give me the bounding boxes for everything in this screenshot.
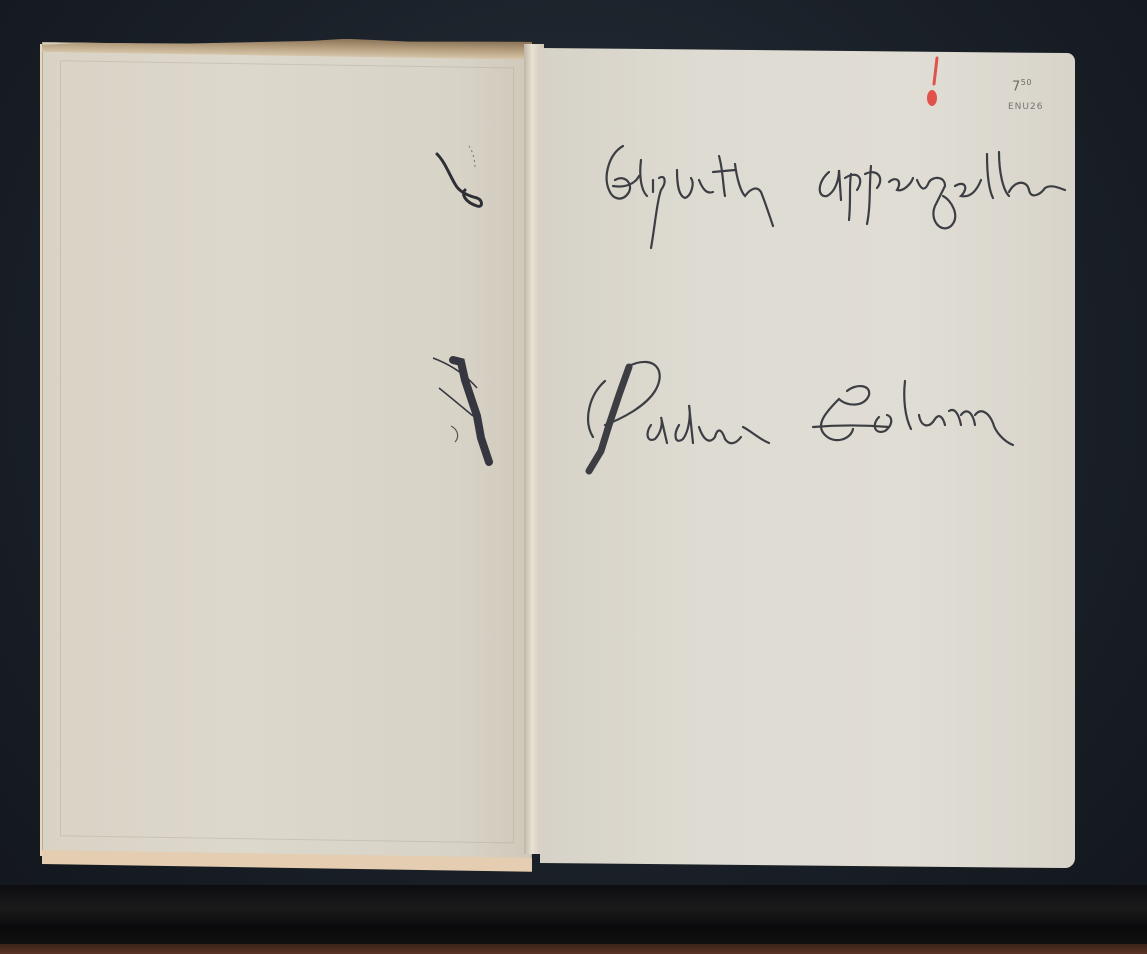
catalog-code: ENU26 xyxy=(1008,102,1043,112)
cover-bottom-edge xyxy=(42,850,532,872)
ink-offset-mark-icon xyxy=(425,140,495,215)
wood-strip xyxy=(0,944,1147,954)
signature-padraic-colum: Padraic Colum xyxy=(575,355,1035,480)
red-exclamation-mark-icon xyxy=(922,56,946,112)
svg-text:Padraic Colum: Padraic Colum xyxy=(575,355,582,356)
open-book: 750 ENU26 Elizabeth Appenzeller xyxy=(0,0,1147,954)
price-note: 750 xyxy=(1012,78,1032,94)
svg-text:Elizabeth Appenzeller: Elizabeth Appenzeller xyxy=(595,130,607,131)
table-edge xyxy=(0,885,1147,945)
torn-dust-jacket-edge xyxy=(42,34,532,60)
signature-elizabeth-appenzeller: Elizabeth Appenzeller xyxy=(595,130,1075,260)
ink-offset-p-icon xyxy=(425,350,505,470)
